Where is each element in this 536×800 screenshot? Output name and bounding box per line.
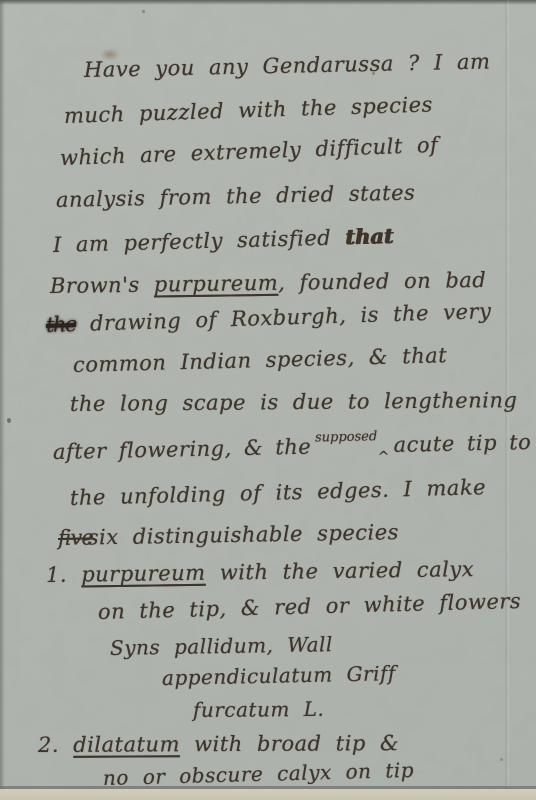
- paper-speck: [500, 758, 503, 761]
- handwriting-line: 2. dilatatum with broad tip &: [38, 731, 399, 757]
- handwriting-text: Syns pallidum, Wall: [110, 632, 333, 660]
- handwriting-text: furcatum L.: [193, 697, 325, 722]
- handwriting-text: with broad tip &: [180, 731, 399, 756]
- handwriting-text: appendiculatum Griff: [162, 661, 396, 690]
- handwriting-text: acute tip to: [393, 430, 531, 457]
- underlined-species-name: purpureum: [154, 271, 279, 297]
- page-edge-left: [0, 0, 5, 789]
- paper-speck: [7, 418, 11, 423]
- insertion-caret: ^: [377, 449, 390, 465]
- handwriting-line: furcatum L.: [193, 697, 325, 722]
- handwriting-line: the long scape is due to lengthening: [70, 388, 518, 416]
- paper-speck: [142, 10, 145, 13]
- overwritten-word: that: [345, 223, 394, 249]
- underlying-page-strip: [0, 789, 536, 800]
- underlined-species-name: purpureum: [81, 561, 206, 587]
- underlined-species-name: dilatatum: [73, 732, 180, 757]
- page-edge-top: [0, 0, 536, 5]
- inserted-word: supposed: [315, 429, 378, 445]
- handwriting-text: the long scape is due to lengthening: [70, 388, 518, 416]
- handwriting-text: , founded on bad: [278, 268, 486, 295]
- struck-out-word: the: [46, 312, 77, 337]
- handwriting-line: Syns pallidum, Wall: [110, 632, 333, 660]
- manuscript-scan: Have you any Gendarussa ? I am much puzz…: [0, 0, 536, 800]
- handwriting-text: Brown's: [50, 273, 154, 298]
- handwriting-line: appendiculatum Griff: [162, 661, 396, 690]
- handwriting-text: with the varied calyx: [205, 557, 474, 585]
- list-item-number: 1.: [46, 563, 82, 587]
- list-item-number: 2.: [38, 733, 73, 757]
